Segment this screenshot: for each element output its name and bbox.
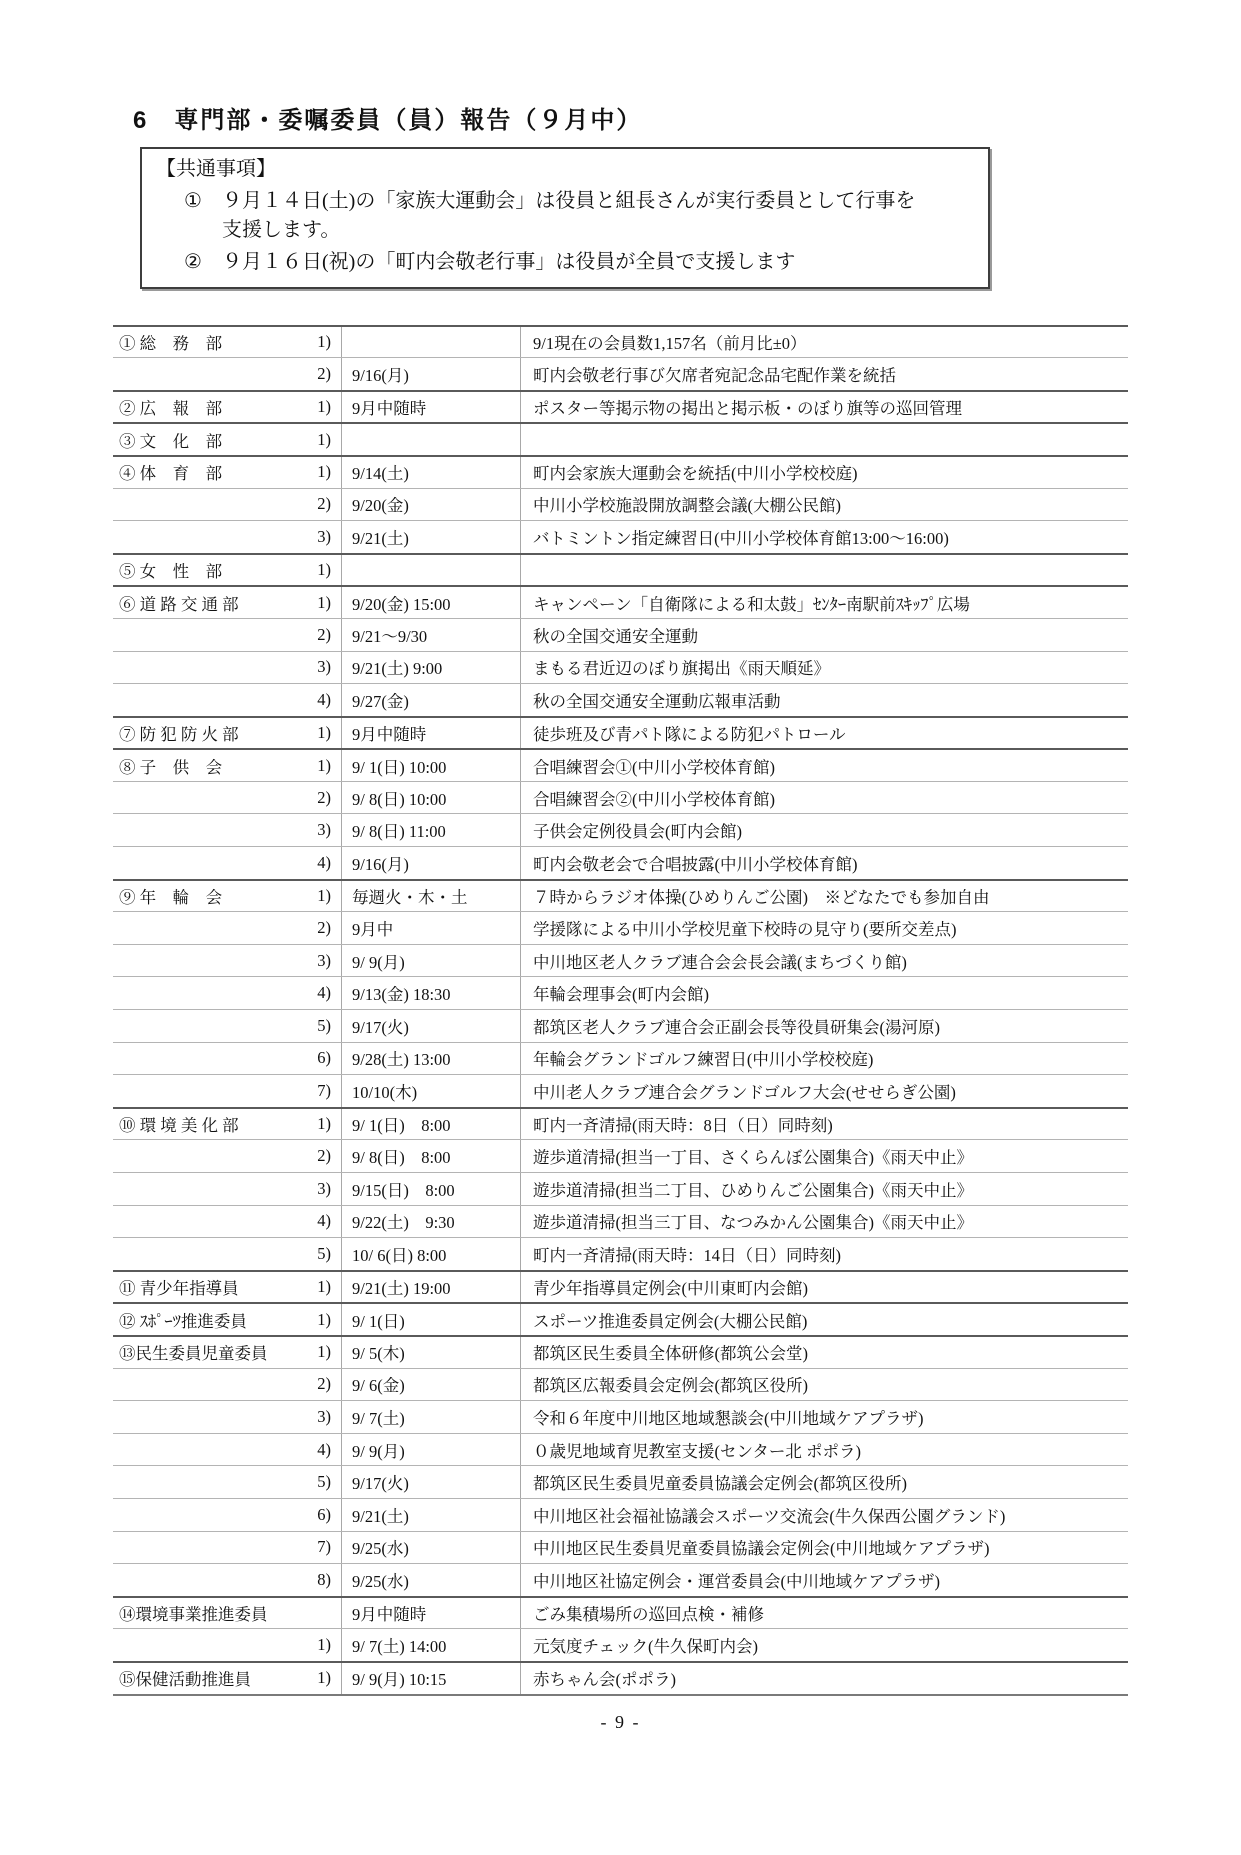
description-cell: スポーツ推進委員定例会(大棚公民館) bbox=[521, 1304, 1128, 1335]
date-cell: 9/25(水) bbox=[342, 1564, 521, 1596]
department-label: ⑮保健活動推進員 bbox=[119, 1666, 251, 1690]
department-cell: ⑭環境事業推進委員 bbox=[113, 1598, 342, 1629]
department-cell: 2) bbox=[113, 782, 342, 814]
item-number: 1) bbox=[317, 560, 331, 580]
department-label: ⑫ ｽﾎﾟｰﾂ推進委員 bbox=[119, 1308, 247, 1332]
item-number: 1) bbox=[317, 593, 331, 613]
notice-item: ①９月１４日(土)の「家族大運動会」は役員と組長さんが実行委員として行事を支援し… bbox=[156, 187, 974, 244]
item-number: 1) bbox=[317, 1114, 331, 1134]
item-number: 2) bbox=[317, 1146, 331, 1166]
notice-item-line: 支援します。 bbox=[222, 216, 974, 244]
description-cell: 徒歩班及び青パト隊による防犯パトロール bbox=[521, 718, 1128, 749]
description-cell: ごみ集積場所の巡回点検・補修 bbox=[521, 1598, 1128, 1629]
date-cell: 9/ 1(日) 8:00 bbox=[342, 1109, 521, 1140]
item-number: 5) bbox=[317, 1016, 331, 1036]
department-cell: 3) bbox=[113, 652, 342, 684]
item-number: 1) bbox=[317, 723, 331, 743]
description-cell: ポスター等掲示物の掲出と掲示板・のぼり旗等の巡回管理 bbox=[521, 392, 1128, 423]
table-row: ① 総 務 部1)9/1現在の会員数1,157名（前月比±0） bbox=[113, 325, 1128, 358]
department-cell: ③ 文 化 部1) bbox=[113, 424, 342, 455]
item-number: 1) bbox=[317, 397, 331, 417]
item-number: 2) bbox=[317, 918, 331, 938]
department-cell: 3) bbox=[113, 1173, 342, 1205]
table-row: ⑮保健活動推進員1)9/ 9(月) 10:15赤ちゃん会(ポポラ) bbox=[113, 1661, 1128, 1694]
notice-item-marker: ① bbox=[184, 187, 222, 244]
table-row: 3)9/ 7(土)令和６年度中川地区地域懇談会(中川地域ケアプラザ) bbox=[113, 1400, 1128, 1433]
table-row: 3)9/15(日) 8:00遊歩道清掃(担当二丁目、ひめりんご公園集合)《雨天中… bbox=[113, 1172, 1128, 1205]
table-row: 2)9/16(月)町内会敬老行事び欠席者宛記念品宅配作業を統括 bbox=[113, 357, 1128, 390]
table-row: 2)9/20(金)中川小学校施設開放調整会議(大棚公民館) bbox=[113, 488, 1128, 521]
description-cell: 中川老人クラブ連合会グランドゴルフ大会(せせらぎ公園) bbox=[521, 1075, 1128, 1107]
description-cell: 町内会敬老会で合唱披露(中川小学校体育館) bbox=[521, 847, 1128, 879]
table-row: ③ 文 化 部1) bbox=[113, 422, 1128, 455]
department-cell: 8) bbox=[113, 1564, 342, 1596]
description-cell: 都筑区広報委員会定例会(都筑区役所) bbox=[521, 1369, 1128, 1401]
notice-item-line: ９月１６日(祝)の「町内会敬老行事」は役員が全員で支援します bbox=[222, 248, 974, 276]
department-cell: 2) bbox=[113, 358, 342, 390]
table-row: ⑤ 女 性 部1) bbox=[113, 553, 1128, 586]
date-cell: 9/27(金) bbox=[342, 684, 521, 716]
date-cell: 9/17(火) bbox=[342, 1010, 521, 1042]
item-number: 2) bbox=[317, 788, 331, 808]
item-number: 4) bbox=[317, 853, 331, 873]
item-number: 4) bbox=[317, 1211, 331, 1231]
date-cell: 9月中 bbox=[342, 912, 521, 944]
date-cell: 9/25(水) bbox=[342, 1532, 521, 1564]
description-cell: 赤ちゃん会(ポポラ) bbox=[521, 1663, 1128, 1694]
description-cell: 町内会敬老行事び欠席者宛記念品宅配作業を統括 bbox=[521, 358, 1128, 390]
date-cell bbox=[342, 555, 521, 586]
department-label: ⑭環境事業推進委員 bbox=[119, 1601, 268, 1625]
item-number: 1) bbox=[317, 756, 331, 776]
department-cell: 6) bbox=[113, 1043, 342, 1075]
department-cell: 6) bbox=[113, 1499, 342, 1531]
notice-item-text: ９月１６日(祝)の「町内会敬老行事」は役員が全員で支援します bbox=[222, 248, 974, 276]
description-cell: 町内一斉清掃(雨天時：8日（日）同時刻) bbox=[521, 1109, 1128, 1140]
table-row: ⑬民生委員児童委員1)9/ 5(木)都筑区民生委員全体研修(都筑公会堂) bbox=[113, 1335, 1128, 1368]
description-cell: 中川地区社会福祉協議会スポーツ交流会(牛久保西公園グランド) bbox=[521, 1499, 1128, 1531]
department-cell: ④ 体 育 部1) bbox=[113, 457, 342, 488]
department-cell: 4) bbox=[113, 847, 342, 879]
item-number: 5) bbox=[317, 1472, 331, 1492]
department-cell: 7) bbox=[113, 1532, 342, 1564]
description-cell: 都筑区民生委員全体研修(都筑公会堂) bbox=[521, 1337, 1128, 1368]
date-cell: 9/22(土) 9:30 bbox=[342, 1206, 521, 1238]
description-cell: 令和６年度中川地区地域懇談会(中川地域ケアプラザ) bbox=[521, 1401, 1128, 1433]
department-label: ⑪ 青少年指導員 bbox=[119, 1275, 239, 1299]
date-cell: 9/15(日) 8:00 bbox=[342, 1173, 521, 1205]
table-row: 2)9/ 6(金)都筑区広報委員会定例会(都筑区役所) bbox=[113, 1368, 1128, 1401]
date-cell: 9/ 6(金) bbox=[342, 1369, 521, 1401]
department-cell: ⑨ 年 輪 会1) bbox=[113, 881, 342, 912]
item-number: 6) bbox=[317, 1505, 331, 1525]
date-cell: 9/16(月) bbox=[342, 847, 521, 879]
date-cell: 9/ 8(日) 8:00 bbox=[342, 1140, 521, 1172]
item-number: 4) bbox=[317, 690, 331, 710]
item-number: 8) bbox=[317, 1570, 331, 1590]
department-label: ⑥ 道 路 交 通 部 bbox=[119, 591, 239, 615]
department-cell: ⑩ 環 境 美 化 部1) bbox=[113, 1109, 342, 1140]
table-row: 2)9/21～9/30秋の全国交通安全運動 bbox=[113, 618, 1128, 651]
table-row: 5)10/ 6(日) 8:00町内一斉清掃(雨天時：14日（日）同時刻) bbox=[113, 1237, 1128, 1270]
item-number: 1) bbox=[317, 462, 331, 482]
table-row: 7)9/25(水)中川地区民生委員児童委員協議会定例会(中川地域ケアプラザ) bbox=[113, 1531, 1128, 1564]
description-cell: 年輪会グランドゴルフ練習日(中川小学校校庭) bbox=[521, 1043, 1128, 1075]
date-cell: 9/ 5(木) bbox=[342, 1337, 521, 1368]
department-cell: 3) bbox=[113, 1401, 342, 1433]
description-cell: ７時からラジオ体操(ひめりんご公園) ※どなたでも参加自由 bbox=[521, 881, 1128, 912]
page-number: - 9 - bbox=[0, 1712, 1241, 1733]
table-row: ⑨ 年 輪 会1)毎週火・木・土７時からラジオ体操(ひめりんご公園) ※どなたで… bbox=[113, 879, 1128, 912]
description-cell: 学援隊による中川小学校児童下校時の見守り(要所交差点) bbox=[521, 912, 1128, 944]
item-number: 7) bbox=[317, 1537, 331, 1557]
table-row: 4)9/27(金)秋の全国交通安全運動広報車活動 bbox=[113, 683, 1128, 716]
table-row: ⑫ ｽﾎﾟｰﾂ推進委員1)9/ 1(日)スポーツ推進委員定例会(大棚公民館) bbox=[113, 1302, 1128, 1335]
department-label: ④ 体 育 部 bbox=[119, 460, 222, 484]
table-row: 6)9/21(土)中川地区社会福祉協議会スポーツ交流会(牛久保西公園グランド) bbox=[113, 1498, 1128, 1531]
description-cell: 青少年指導員定例会(中川東町内会館) bbox=[521, 1272, 1128, 1303]
item-number: 1) bbox=[317, 1310, 331, 1330]
date-cell: 9/ 1(日) 10:00 bbox=[342, 750, 521, 781]
date-cell: 9/ 9(月) bbox=[342, 1434, 521, 1466]
description-cell: 中川小学校施設開放調整会議(大棚公民館) bbox=[521, 489, 1128, 521]
item-number: 7) bbox=[317, 1081, 331, 1101]
table-row: ⑩ 環 境 美 化 部1)9/ 1(日) 8:00町内一斉清掃(雨天時：8日（日… bbox=[113, 1107, 1128, 1140]
department-cell: ⑬民生委員児童委員1) bbox=[113, 1337, 342, 1368]
item-number: 4) bbox=[317, 1440, 331, 1460]
table-row: 2)9/ 8(日) 8:00遊歩道清掃(担当一丁目、さくらんぼ公園集合)《雨天中… bbox=[113, 1139, 1128, 1172]
description-cell: 9/1現在の会員数1,157名（前月比±0） bbox=[521, 327, 1128, 358]
item-number: 2) bbox=[317, 625, 331, 645]
description-cell: 合唱練習会②(中川小学校体育館) bbox=[521, 782, 1128, 814]
table-row: 3)9/ 8(日) 11:00子供会定例役員会(町内会館) bbox=[113, 813, 1128, 846]
table-row: 8)9/25(水)中川地区社協定例会・運営委員会(中川地域ケアプラザ) bbox=[113, 1563, 1128, 1596]
description-cell: 合唱練習会①(中川小学校体育館) bbox=[521, 750, 1128, 781]
description-cell: 遊歩道清掃(担当一丁目、さくらんぼ公園集合)《雨天中止》 bbox=[521, 1140, 1128, 1172]
description-cell: ０歳児地域育児教室支援(センター北 ポポラ) bbox=[521, 1434, 1128, 1466]
table-row: 3)9/ 9(月)中川地区老人クラブ連合会会長会議(まちづくり館) bbox=[113, 944, 1128, 977]
notice-items: ①９月１４日(土)の「家族大運動会」は役員と組長さんが実行委員として行事を支援し… bbox=[156, 187, 974, 276]
description-cell: まもる君近辺のぼり旗掲出《雨天順延》 bbox=[521, 652, 1128, 684]
table-row: ⑦ 防 犯 防 火 部1)9月中随時徒歩班及び青パト隊による防犯パトロール bbox=[113, 716, 1128, 749]
date-cell: 10/10(木) bbox=[342, 1075, 521, 1107]
page-title: 6 専門部・委嘱委員（員）報告（９月中） bbox=[133, 100, 1241, 135]
item-number: 1) bbox=[317, 1635, 331, 1655]
table-row: ⑪ 青少年指導員1)9/21(土) 19:00青少年指導員定例会(中川東町内会館… bbox=[113, 1270, 1128, 1303]
date-cell: 9/21～9/30 bbox=[342, 619, 521, 651]
department-cell: 2) bbox=[113, 489, 342, 521]
table-row: 2)9/ 8(日) 10:00合唱練習会②(中川小学校体育館) bbox=[113, 781, 1128, 814]
date-cell: 9/ 9(月) 10:15 bbox=[342, 1663, 521, 1694]
notice-item-line: ９月１４日(土)の「家族大運動会」は役員と組長さんが実行委員として行事を bbox=[222, 187, 974, 215]
description-cell: キャンペーン「自衛隊による和太鼓」ｾﾝﾀｰ南駅前ｽｷｯﾌﾟ広場 bbox=[521, 587, 1128, 618]
description-cell: 元気度チェック(牛久保町内会) bbox=[521, 1629, 1128, 1661]
department-cell: ② 広 報 部1) bbox=[113, 392, 342, 423]
description-cell: 遊歩道清掃(担当三丁目、なつみかん公園集合)《雨天中止》 bbox=[521, 1206, 1128, 1238]
department-cell: 2) bbox=[113, 1140, 342, 1172]
department-cell: 2) bbox=[113, 1369, 342, 1401]
department-label: ② 広 報 部 bbox=[119, 395, 222, 419]
description-cell bbox=[521, 424, 1128, 455]
department-cell: 4) bbox=[113, 684, 342, 716]
table-row: ④ 体 育 部1)9/14(土)町内会家族大運動会を統括(中川小学校校庭) bbox=[113, 455, 1128, 488]
item-number: 1) bbox=[317, 1668, 331, 1688]
department-label: ⑬民生委員児童委員 bbox=[119, 1340, 268, 1364]
department-cell: 5) bbox=[113, 1238, 342, 1270]
department-cell: ① 総 務 部1) bbox=[113, 327, 342, 358]
table-row: 5)9/17(火)都筑区民生委員児童委員協議会定例会(都筑区役所) bbox=[113, 1465, 1128, 1498]
date-cell: 9/ 7(土) bbox=[342, 1401, 521, 1433]
table-row: 3)9/21(土)バトミントン指定練習日(中川小学校体育館13:00～16:00… bbox=[113, 520, 1128, 553]
date-cell: 9/ 8(日) 11:00 bbox=[342, 814, 521, 846]
department-label: ① 総 務 部 bbox=[119, 330, 222, 354]
date-cell: 9/ 7(土) 14:00 bbox=[342, 1629, 521, 1661]
item-number: 3) bbox=[317, 951, 331, 971]
item-number: 5) bbox=[317, 1244, 331, 1264]
department-cell: 4) bbox=[113, 977, 342, 1009]
department-cell: ⑪ 青少年指導員1) bbox=[113, 1272, 342, 1303]
table-row: 6)9/28(土) 13:00年輪会グランドゴルフ練習日(中川小学校校庭) bbox=[113, 1042, 1128, 1075]
item-number: 3) bbox=[317, 657, 331, 677]
department-cell: 2) bbox=[113, 912, 342, 944]
table-row: 4)9/13(金) 18:30年輪会理事会(町内会館) bbox=[113, 976, 1128, 1009]
notice-item-marker: ② bbox=[184, 248, 222, 276]
department-cell: ⑤ 女 性 部1) bbox=[113, 555, 342, 586]
date-cell: 9/ 8(日) 10:00 bbox=[342, 782, 521, 814]
table-row: 2)9月中学援隊による中川小学校児童下校時の見守り(要所交差点) bbox=[113, 911, 1128, 944]
department-cell: 1) bbox=[113, 1629, 342, 1661]
department-label: ⑩ 環 境 美 化 部 bbox=[119, 1112, 239, 1136]
table-row: 4)9/22(土) 9:30遊歩道清掃(担当三丁目、なつみかん公園集合)《雨天中… bbox=[113, 1205, 1128, 1238]
notice-item: ②９月１６日(祝)の「町内会敬老行事」は役員が全員で支援します bbox=[156, 248, 974, 276]
date-cell: 9/28(土) 13:00 bbox=[342, 1043, 521, 1075]
description-cell: 都筑区老人クラブ連合会正副会長等役員研集会(湯河原) bbox=[521, 1010, 1128, 1042]
item-number: 1) bbox=[317, 1342, 331, 1362]
description-cell: 子供会定例役員会(町内会館) bbox=[521, 814, 1128, 846]
date-cell: 9/17(火) bbox=[342, 1466, 521, 1498]
department-cell: 5) bbox=[113, 1010, 342, 1042]
date-cell bbox=[342, 424, 521, 455]
table-row: 4)9/16(月)町内会敬老会で合唱披露(中川小学校体育館) bbox=[113, 846, 1128, 879]
department-cell: ⑧ 子 供 会1) bbox=[113, 750, 342, 781]
date-cell: 9/13(金) 18:30 bbox=[342, 977, 521, 1009]
date-cell: 10/ 6(日) 8:00 bbox=[342, 1238, 521, 1270]
department-cell: 4) bbox=[113, 1434, 342, 1466]
date-cell: 9/16(月) bbox=[342, 358, 521, 390]
table-row: 5)9/17(火)都筑区老人クラブ連合会正副会長等役員研集会(湯河原) bbox=[113, 1009, 1128, 1042]
department-label: ⑦ 防 犯 防 火 部 bbox=[119, 721, 239, 745]
date-cell: 9/21(土) bbox=[342, 1499, 521, 1531]
item-number: 1) bbox=[317, 1277, 331, 1297]
item-number: 3) bbox=[317, 527, 331, 547]
department-cell: 5) bbox=[113, 1466, 342, 1498]
table-row: 4)9/ 9(月)０歳児地域育児教室支援(センター北 ポポラ) bbox=[113, 1433, 1128, 1466]
item-number: 2) bbox=[317, 364, 331, 384]
item-number: 1) bbox=[317, 886, 331, 906]
description-cell: 中川地区社協定例会・運営委員会(中川地域ケアプラザ) bbox=[521, 1564, 1128, 1596]
department-cell: 7) bbox=[113, 1075, 342, 1107]
item-number: 2) bbox=[317, 1374, 331, 1394]
department-cell: 3) bbox=[113, 945, 342, 977]
date-cell: 毎週火・木・土 bbox=[342, 881, 521, 912]
table-row: ⑭環境事業推進委員9月中随時ごみ集積場所の巡回点検・補修 bbox=[113, 1596, 1128, 1629]
notice-heading: 【共通事項】 bbox=[156, 155, 974, 183]
date-cell: 9/ 1(日) bbox=[342, 1304, 521, 1335]
description-cell: 町内一斉清掃(雨天時：14日（日）同時刻) bbox=[521, 1238, 1128, 1270]
description-cell: 年輪会理事会(町内会館) bbox=[521, 977, 1128, 1009]
description-cell: 町内会家族大運動会を統括(中川小学校校庭) bbox=[521, 457, 1128, 488]
description-cell bbox=[521, 555, 1128, 586]
item-number: 6) bbox=[317, 1048, 331, 1068]
date-cell: 9/ 9(月) bbox=[342, 945, 521, 977]
table-row: ⑧ 子 供 会1)9/ 1(日) 10:00合唱練習会①(中川小学校体育館) bbox=[113, 748, 1128, 781]
department-cell: ⑥ 道 路 交 通 部1) bbox=[113, 587, 342, 618]
table-row: ② 広 報 部1)9月中随時ポスター等掲示物の掲出と掲示板・のぼり旗等の巡回管理 bbox=[113, 390, 1128, 423]
department-cell: 3) bbox=[113, 814, 342, 846]
item-number: 4) bbox=[317, 983, 331, 1003]
department-cell: ⑦ 防 犯 防 火 部1) bbox=[113, 718, 342, 749]
description-cell: バトミントン指定練習日(中川小学校体育館13:00～16:00) bbox=[521, 521, 1128, 553]
description-cell: 中川地区老人クラブ連合会会長会議(まちづくり館) bbox=[521, 945, 1128, 977]
date-cell: 9月中随時 bbox=[342, 392, 521, 423]
department-label: ③ 文 化 部 bbox=[119, 428, 222, 452]
department-cell: ⑮保健活動推進員1) bbox=[113, 1663, 342, 1694]
table-row: 3)9/21(土) 9:00まもる君近辺のぼり旗掲出《雨天順延》 bbox=[113, 651, 1128, 684]
table-row: ⑥ 道 路 交 通 部1)9/20(金) 15:00キャンペーン「自衛隊による和… bbox=[113, 585, 1128, 618]
item-number: 3) bbox=[317, 820, 331, 840]
department-cell: ⑫ ｽﾎﾟｰﾂ推進委員1) bbox=[113, 1304, 342, 1335]
date-cell: 9/21(土) 9:00 bbox=[342, 652, 521, 684]
item-number: 3) bbox=[317, 1407, 331, 1427]
date-cell: 9/21(土) bbox=[342, 521, 521, 553]
document-page: 6 専門部・委嘱委員（員）報告（９月中） 【共通事項】 ①９月１４日(土)の「家… bbox=[0, 100, 1241, 1855]
department-label: ⑤ 女 性 部 bbox=[119, 558, 222, 582]
item-number: 1) bbox=[317, 332, 331, 352]
description-cell: 秋の全国交通安全運動広報車活動 bbox=[521, 684, 1128, 716]
description-cell: 遊歩道清掃(担当二丁目、ひめりんご公園集合)《雨天中止》 bbox=[521, 1173, 1128, 1205]
date-cell: 9/14(土) bbox=[342, 457, 521, 488]
report-table: ① 総 務 部1)9/1現在の会員数1,157名（前月比±0）2)9/16(月)… bbox=[113, 325, 1128, 1696]
date-cell: 9月中随時 bbox=[342, 718, 521, 749]
date-cell: 9/20(金) bbox=[342, 489, 521, 521]
department-cell: 2) bbox=[113, 619, 342, 651]
item-number: 2) bbox=[317, 494, 331, 514]
common-notes-box: 【共通事項】 ①９月１４日(土)の「家族大運動会」は役員と組長さんが実行委員とし… bbox=[140, 147, 990, 289]
department-cell: 4) bbox=[113, 1206, 342, 1238]
department-label: ⑧ 子 供 会 bbox=[119, 754, 222, 778]
department-label: ⑨ 年 輪 会 bbox=[119, 884, 222, 908]
description-cell: 都筑区民生委員児童委員協議会定例会(都筑区役所) bbox=[521, 1466, 1128, 1498]
table-row: 7)10/10(木)中川老人クラブ連合会グランドゴルフ大会(せせらぎ公園) bbox=[113, 1074, 1128, 1107]
date-cell: 9/21(土) 19:00 bbox=[342, 1272, 521, 1303]
notice-item-text: ９月１４日(土)の「家族大運動会」は役員と組長さんが実行委員として行事を支援しま… bbox=[222, 187, 974, 244]
date-cell: 9/20(金) 15:00 bbox=[342, 587, 521, 618]
department-cell: 3) bbox=[113, 521, 342, 553]
date-cell bbox=[342, 327, 521, 358]
item-number: 1) bbox=[317, 430, 331, 450]
item-number: 3) bbox=[317, 1179, 331, 1199]
table-row: 1)9/ 7(土) 14:00元気度チェック(牛久保町内会) bbox=[113, 1628, 1128, 1661]
description-cell: 秋の全国交通安全運動 bbox=[521, 619, 1128, 651]
description-cell: 中川地区民生委員児童委員協議会定例会(中川地域ケアプラザ) bbox=[521, 1532, 1128, 1564]
date-cell: 9月中随時 bbox=[342, 1598, 521, 1629]
